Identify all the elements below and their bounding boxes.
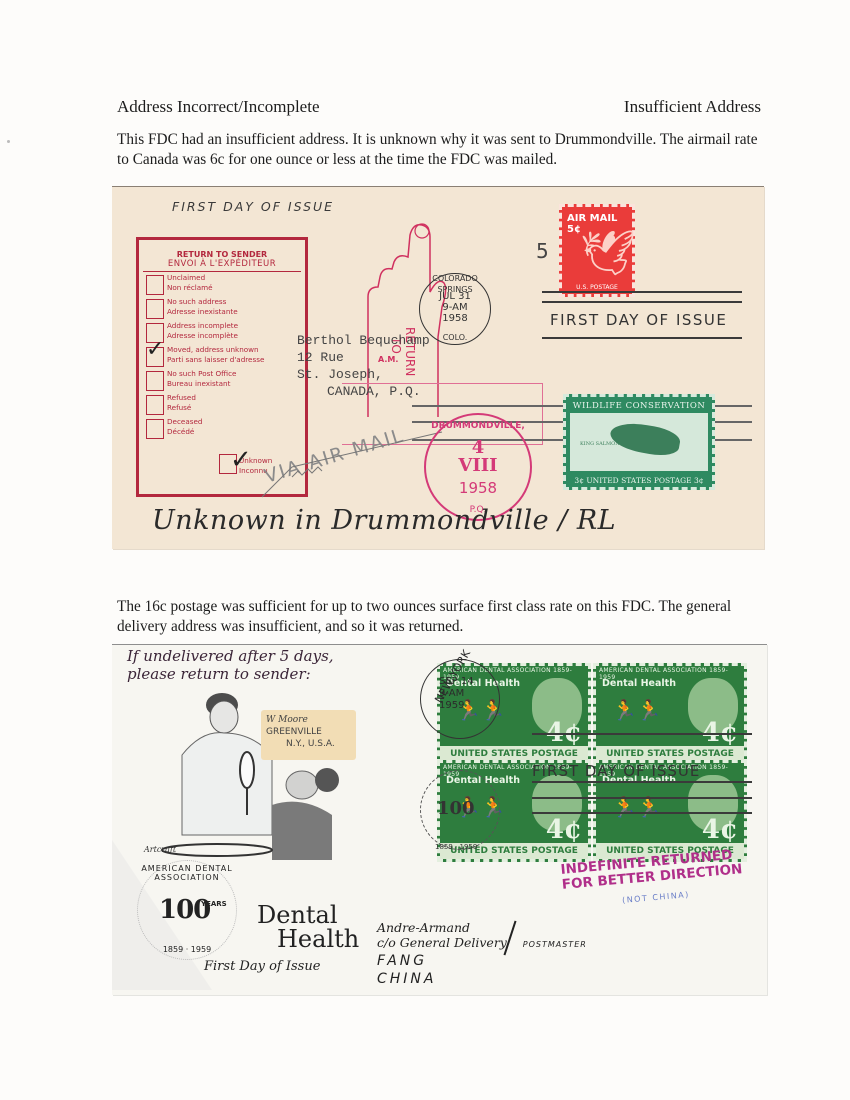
checkbox-icon — [146, 299, 164, 319]
rts-title-fr: ENVOI À L'EXPÉDITEUR — [143, 259, 301, 272]
checkbox-icon — [146, 395, 164, 415]
checkbox-icon — [146, 275, 164, 295]
pencil-note: (NOT CHINA) — [622, 890, 690, 905]
page-heading-left: Address Incorrect/Incomplete — [117, 97, 320, 117]
rts-option: Moved, address unknownParti sans laisser… — [143, 345, 305, 368]
description-paragraph-2: The 16c postage was sufficient for up to… — [117, 597, 767, 637]
ada-first-day-cancel: 100 1859 · 1959 — [420, 770, 500, 850]
wildlife-conservation-stamp: WILDLIFE CONSERVATION KING SALMON 3¢ UNI… — [563, 394, 715, 490]
machine-cancel-number: 5 — [536, 239, 549, 263]
cachet-title: Dental Health — [257, 903, 359, 951]
new-york-postmark: NEW YORK SEP 149-AM1959 — [420, 659, 500, 739]
checkmark-icon: ✓ — [146, 337, 164, 362]
page-heading-right: Insufficient Address — [624, 97, 761, 117]
cachet-text: FIRST DAY OF ISSUE — [172, 199, 334, 214]
eagle-icon: 🕊 — [580, 227, 636, 279]
cancel-line — [532, 797, 752, 799]
checkmark-icon: ✓ — [230, 445, 252, 475]
cancel-line — [542, 301, 742, 303]
rts-option: No such Post OfficeBureau inexistant — [143, 369, 305, 392]
rts-option: No such addressAdresse inexistante — [143, 297, 305, 320]
rts-option: Address incompleteAdresse incomplète — [143, 321, 305, 344]
cancel-line — [532, 733, 752, 735]
salmon-icon — [608, 419, 682, 459]
checkbox-icon — [146, 419, 164, 439]
rts-option: RefusedRefusé — [143, 393, 305, 416]
cachet-maker: Artcraft — [144, 845, 176, 854]
sender-address-label: W Moore GREENVILLE N.Y., U.S.A. — [261, 710, 356, 760]
cancel-line — [542, 337, 742, 339]
description-paragraph-1: This FDC had an insufficient address. It… — [117, 130, 767, 170]
cancel-line — [532, 781, 752, 783]
machine-cancel-text: FIRST DAY OF ISSUE — [550, 311, 727, 329]
cancel-line — [532, 812, 752, 814]
ada-centennial-seal: AMERICAN DENTAL ASSOCIATION 100 YEARS 18… — [137, 860, 237, 960]
cachet-subtitle: First Day of Issue — [204, 959, 320, 974]
airmail-stamp: AIR MAIL 5¢ 🕊 U.S. POSTAGE — [559, 204, 635, 297]
recipient-address: Andre-Armand c/o General Delivery POSTMA… — [377, 920, 587, 988]
colorado-springs-postmark: COLORADO SPRINGS JUL 319-AM1958 COLO. — [419, 273, 491, 345]
dental-health-stamp: AMERICAN DENTAL ASSOCIATION 1859-1959 De… — [593, 663, 747, 765]
rts-option: UnclaimedNon réclamé — [143, 273, 305, 296]
running-children-icon: 🏃🏃 — [612, 698, 662, 722]
page-speck — [7, 140, 10, 143]
rts-title-en: RETURN TO SENDER — [139, 250, 305, 259]
handwritten-note: Unknown in Drummondville / RL — [152, 505, 616, 536]
machine-cancel-text: FIRST DAY OF ISSUE — [532, 762, 700, 780]
handwritten-return-note: If undelivered after 5 days, please retu… — [127, 647, 334, 683]
cover-1-envelope: FIRST DAY OF ISSUE RETURN TO SENDER ENVO… — [112, 186, 764, 549]
cancel-line — [542, 291, 742, 293]
cover-2-envelope: If undelivered after 5 days, please retu… — [112, 644, 767, 995]
recipient-address: Berthol Bequchamp 12 Rue St. Joseph, CAN… — [297, 332, 430, 400]
airmail-arrow-icon — [252, 427, 452, 507]
checkbox-icon — [146, 371, 164, 391]
